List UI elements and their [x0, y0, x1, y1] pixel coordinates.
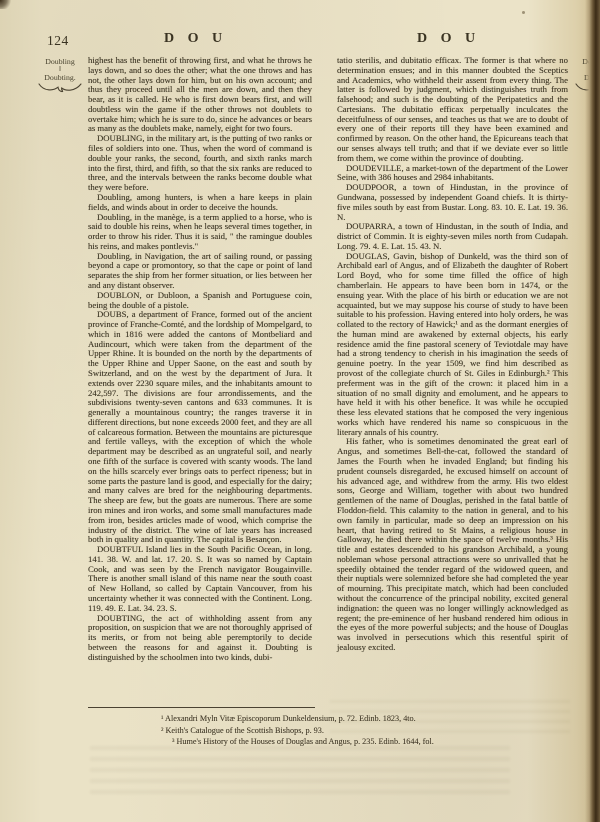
- footnote-rule: [88, 707, 315, 708]
- ink-bleedthrough-2: [330, 700, 570, 740]
- paragraph-doudeville: DOUDEVILLE, a market-town of the departm…: [337, 164, 568, 184]
- scanned-book-page: { "page": { "number": "124", "header_lef…: [0, 0, 600, 822]
- paragraph-douparra: DOUPARRA, a town of Hindustan, in the so…: [337, 222, 568, 251]
- text-column-left: highest has the benefit of throwing firs…: [88, 56, 312, 662]
- paragraph-doubling-manege: Doubling, in the manège, is a term appli…: [88, 213, 312, 252]
- running-header-right: D O U: [417, 31, 480, 47]
- paragraph-doubting-continuation: tatio sterilis, and dubitatio efficax. T…: [337, 56, 568, 164]
- paragraph-doubtful-island: DOUBTFUL Island lies in the South Pacifi…: [88, 545, 312, 613]
- paragraph-doubling-navigation: Doubling, in Navigation, the art of sail…: [88, 252, 312, 291]
- paragraph-doubs: DOUBS, a department of France, formed ou…: [88, 310, 312, 545]
- page-corner-stain: [0, 0, 12, 9]
- margin-note-left: Doubling ‖ Doubting.: [29, 57, 91, 93]
- paper-speck: [522, 11, 525, 14]
- page-number: 124: [47, 33, 69, 49]
- paragraph-douglas-gavin: DOUGLAS, Gavin, bishop of Dunkeld, was t…: [337, 252, 568, 438]
- paragraph-doubling-military: DOUBLING, in the military art, is the pu…: [88, 134, 312, 193]
- margin-note-left-separator: ‖: [29, 66, 91, 73]
- paragraph-doudpoor: DOUDPOOR, a town of Hindustan, in the pr…: [337, 183, 568, 222]
- paragraph-doubling-hunters: Doubling, among hunters, is when a hare …: [88, 193, 312, 213]
- brace-icon: [37, 82, 83, 93]
- paragraph-doubting: DOUBTING, the act of withholding assent …: [88, 614, 312, 663]
- text-column-right: tatio sterilis, and dubitatio efficax. T…: [337, 56, 568, 653]
- book-gutter-shadow: [585, 0, 600, 822]
- ink-bleedthrough: [90, 746, 510, 801]
- paragraph-douglas-father: His father, who is sometimes denominated…: [337, 437, 568, 652]
- paragraph-doublets-continuation: highest has the benefit of throwing firs…: [88, 56, 312, 134]
- running-header-left: D O U: [164, 31, 227, 47]
- margin-note-left-bottom: Doubting.: [29, 73, 91, 82]
- paragraph-doublon: DOUBLON, or Dubloon, a Spanish and Portu…: [88, 291, 312, 311]
